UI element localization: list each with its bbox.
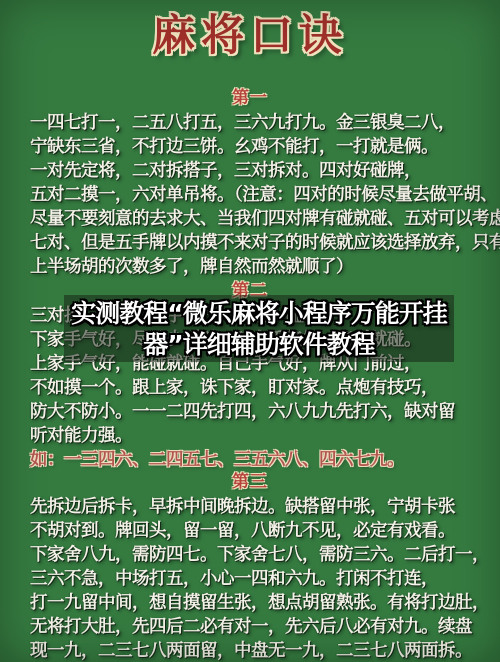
body-line: 听对能力强。	[0, 424, 500, 448]
body-line: 不如摸一个。跟上家，诛下家，盯对家。点炮有技巧，	[0, 376, 500, 400]
body-line: 一四七打一，二五八打五，三六九打九。金三银臭二八，	[0, 111, 500, 135]
page-title: 麻将口诀	[0, 10, 500, 62]
body-line: 无将打大肚，先四后二必有对一，先六后八必有对九。续盘	[0, 615, 500, 639]
body-line: 五对二摸一，六对单吊将。（注意：四对的时候尽量去做平胡、	[0, 183, 500, 207]
section-1-header: 第一	[0, 90, 500, 107]
body-line: 三六不急，中场打五，小心一四和六九。打闲不打连，	[0, 567, 500, 591]
body-line: 上半场胡的次数多了，牌自然而然就顺了）	[0, 255, 500, 279]
body-line: 宁缺东三省，不打边三饼。幺鸡不能打，一打就是俩。	[0, 135, 500, 159]
body-line: 七对、但是五手牌以内摸不来对子的时候就应该选择放弃，只有	[0, 231, 500, 255]
example-highlight-line: 如：一三四六、二四五七、三五六八、四六七九。	[0, 448, 500, 472]
mahjong-tips-poster: 麻将口诀 第一 一四七打一，二五八打五，三六九打九。金三银臭二八， 宁缺东三省，…	[0, 0, 500, 662]
watermark-text-line-2: 器”详细辅助软件教程	[143, 329, 374, 360]
section-1: 第一 一四七打一，二五八打五，三六九打九。金三银臭二八， 宁缺东三省，不打边三饼…	[0, 90, 500, 279]
body-line: 先拆边后拆卡，早拆中间晚拆边。缺搭留中张，宁胡卡张	[0, 495, 500, 519]
body-line: 下家舍八九，需防四七。下家舍七八，需防三六。二后打一，	[0, 543, 500, 567]
body-line: 尽量不要刻意的去求大、当我们四对牌有碰就碰、五对可以考虑	[0, 207, 500, 231]
watermark-text-line-1: 实测教程“微乐麻将小程序万能开挂	[71, 298, 446, 329]
watermark-overlay: 实测教程“微乐麻将小程序万能开挂 器”详细辅助软件教程	[64, 295, 454, 362]
body-line: 打一九留中间，想自摸留生张，想点胡留熟张。有将打边肚，	[0, 591, 500, 615]
body-line: 不胡对到。牌回头，留一留，八断九不见，必定有戏看。	[0, 519, 500, 543]
section-3: 第三 先拆边后拆卡，早拆中间晚拆边。缺搭留中张，宁胡卡张 不胡对到。牌回头，留一…	[0, 474, 500, 662]
body-line: 一对先定将，二对拆搭子，三对拆对。四对好碰牌，	[0, 159, 500, 183]
body-line: 防大不防小。一一二四先打四，六八九九先打六，缺对留	[0, 400, 500, 424]
section-3-header: 第三	[0, 474, 500, 491]
body-line: 现一九，二三七八两面留，中盘无一九，二三七八两面拆。	[0, 639, 500, 662]
